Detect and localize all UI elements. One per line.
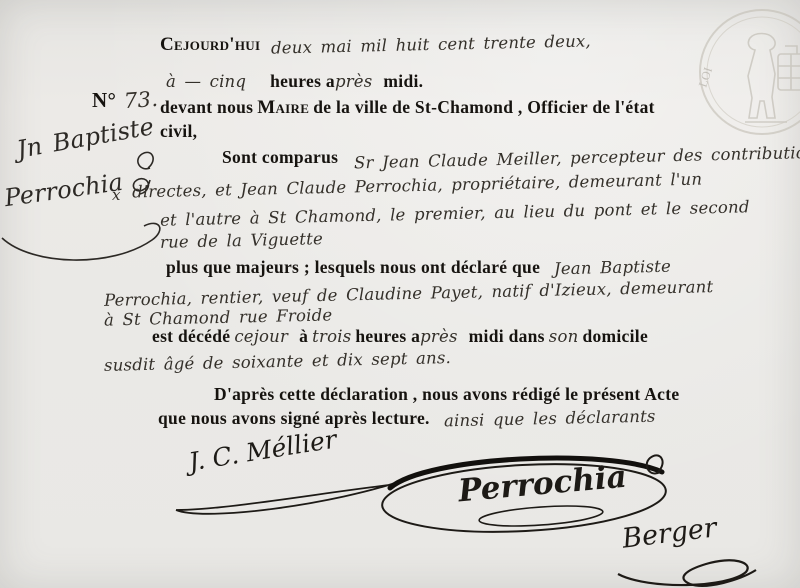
hand-pres-2: près [420,327,457,346]
printed-ville: de la ville de St-Chamond , Officier de … [313,97,655,117]
hand-trois: trois [312,327,351,346]
line-deceased-address: à St Chamond rue Froide [104,308,332,328]
line-date: Cejourd'hui deux mai mil huit cent trent… [160,34,591,56]
hand-deceased-firstname: Jean Baptiste [554,257,671,279]
line-comparus: Sont comparus Sr Jean Claude Meiller, pe… [222,147,800,168]
signature-meiller: J. C. Méllier [187,425,339,477]
line-mayor: devant nous Maire de la ville de St-Cham… [160,97,655,119]
printed-cejourdhui: Cejourd'hui [160,34,260,55]
line-hour: à — cinq heures après midi. [166,71,423,92]
death-certificate-page: LOI N°73. Jn Baptiste Perrochia x Cejour… [0,0,800,588]
printed-devant-nous: devant nous [160,97,253,117]
hand-ainsi-que: ainsi que les déclarants [444,407,656,431]
printed-maire: Maire [257,97,309,118]
line-death: est décédé cejour à trois heures après m… [152,326,648,347]
printed-midi: midi. [383,71,423,91]
hand-son: son [549,327,579,346]
hand-hour-value: à — cinq [166,72,246,91]
printed-sont-comparus: Sont comparus [222,147,338,167]
line-deceased-details: Perrochia, rentier, veuf de Claudine Pay… [104,284,713,304]
line-declarants-3: et l'autre à St Chamond, le premier, au … [160,204,750,224]
margin-deceased-name-line1: Jn Baptiste [15,112,156,164]
signature-berger-text: Berger [620,512,718,554]
hand-pres: près [335,72,372,91]
hand-declarant-4: rue de la Viguette [160,229,323,252]
margin-flourish [0,146,185,276]
embossed-seal: LOI [690,4,800,151]
printed-lecture: que nous avons signé après lecture. [158,408,430,428]
line-declaration: plus que majeurs ; lesquels nous ont déc… [166,257,671,278]
margin-cross-mark: x [112,186,121,204]
signature-meiller-text: J. C. Méllier [187,425,339,477]
act-number: N°73. [92,88,158,113]
line-civil: civil, [160,121,197,142]
line-declarants-2: directes, et Jean Claude Perrochia, prop… [132,176,702,196]
line-age: susdit âgé de soixante et dix sept ans. [104,352,451,372]
hand-declarant-2: directes, et Jean Claude Perrochia, prop… [132,170,703,202]
printed-est-decede: est décédé [152,326,230,346]
seal-rim-text: LOI [696,66,715,89]
margin-deceased-name-line2: Perrochia [3,168,125,212]
hand-age: susdit âgé de soixante et dix sept ans. [104,348,451,375]
printed-dapres: D'après cette déclaration , nous avons r… [214,384,679,404]
signature-perrochia-text: Perrochia [457,459,628,510]
act-number-label: N° [92,88,116,112]
line-closing-1: D'après cette déclaration , nous avons r… [214,384,679,405]
printed-heures-a: heures a [270,71,335,91]
seal-graphic: LOI [690,4,800,146]
hand-declarant-1: Sr Jean Claude Meiller, percepteur des c… [354,143,800,173]
printed-civil: civil, [160,121,197,141]
printed-majeurs: plus que majeurs ; lesquels nous ont déc… [166,257,540,277]
printed-heures-a-2: heures a [355,326,420,346]
hand-declarant-3: et l'autre à St Chamond, le premier, au … [160,197,750,229]
line-closing-2: que nous avons signé après lecture. ains… [158,408,655,429]
hand-date: deux mai mil huit cent trente deux, [271,31,591,57]
hand-cejour: cejour [234,327,288,346]
printed-a: à [299,326,308,346]
act-number-value: 73. [123,87,159,113]
printed-domicile: domicile [582,326,648,346]
line-declarants-4: rue de la Viguette [160,231,323,251]
hand-deceased-details: Perrochia, rentier, veuf de Claudine Pay… [104,277,714,310]
printed-midi-dans: midi dans [469,326,545,346]
